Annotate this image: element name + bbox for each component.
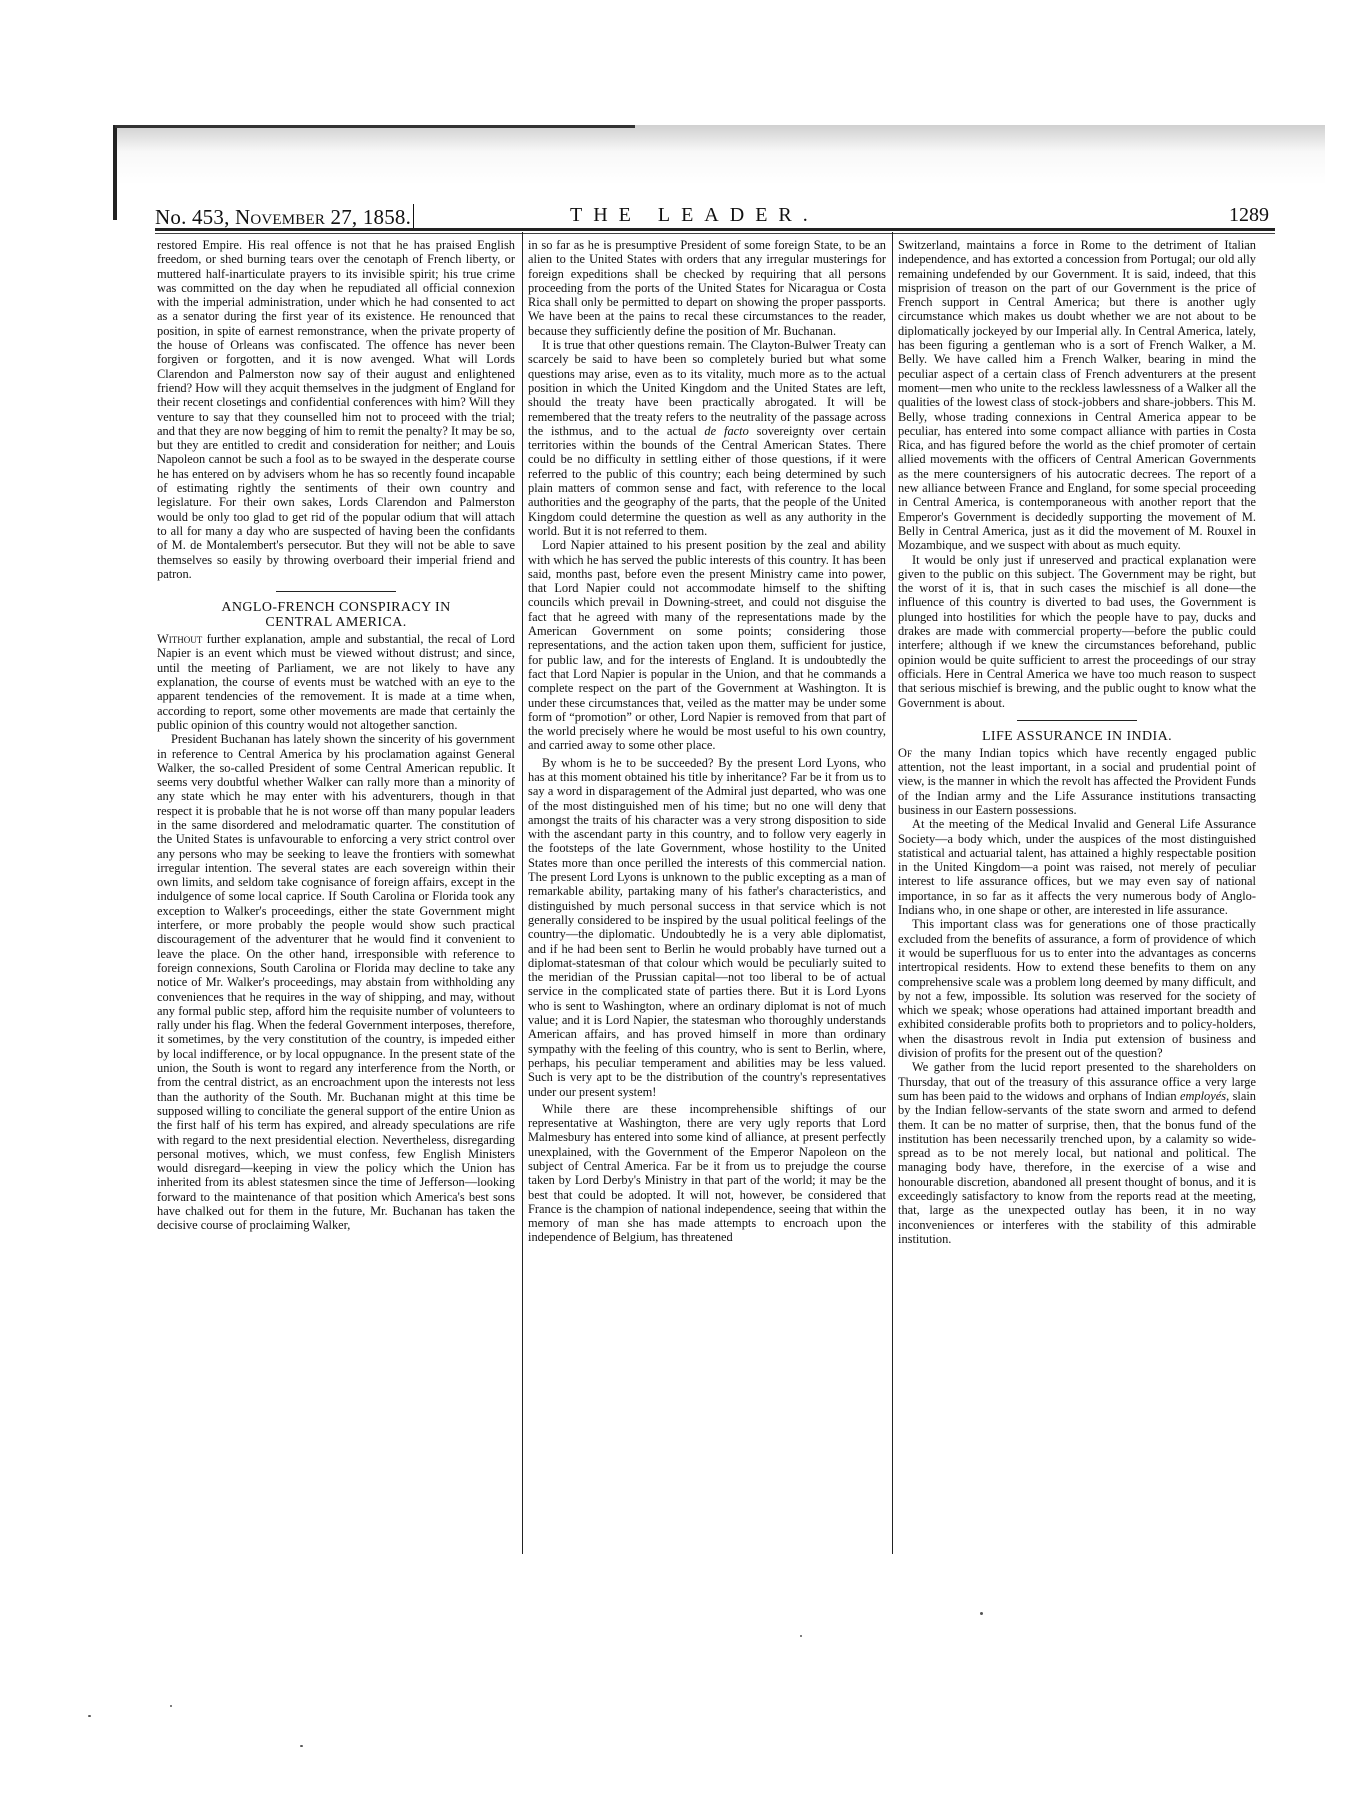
- page-number: 1289: [1229, 204, 1269, 227]
- scan-edge-top: [115, 125, 635, 128]
- article-paragraph: Without further explanation, ample and s…: [157, 632, 515, 732]
- issue-date: 27, 1858.: [325, 205, 411, 229]
- article-paragraph: President Buchanan has lately shown the …: [157, 732, 515, 1232]
- scan-speck: [300, 1745, 303, 1747]
- scan-speck: [980, 1612, 983, 1615]
- article-paragraph: This important class was for generations…: [898, 917, 1256, 1060]
- column-3: Switzerland, maintains a force in Rome t…: [898, 238, 1256, 1246]
- scan-shadow: [115, 125, 1325, 185]
- heading-line: ANGLO-FRENCH CONSPIRACY IN: [157, 600, 515, 615]
- column-2: in so far as he is presumptive President…: [528, 238, 886, 1245]
- article-paragraph: Lord Napier attained to his present posi…: [528, 538, 886, 752]
- column-divider: [522, 232, 523, 1554]
- article-paragraph: Switzerland, maintains a force in Rome t…: [898, 238, 1256, 553]
- article-paragraph: By whom is he to be succeeded? By the pr…: [528, 756, 886, 1099]
- lead-word: Of: [898, 746, 912, 760]
- article-paragraph: It is true that other questions remain. …: [528, 338, 886, 538]
- italic-word: employés: [1180, 1089, 1226, 1103]
- scan-speck: [800, 1635, 802, 1637]
- paragraph-text: sovereignty over certain territories wit…: [528, 424, 886, 538]
- paragraph-text: further explanation, ample and substanti…: [157, 632, 515, 732]
- article-heading: ANGLO-FRENCH CONSPIRACY IN CENTRAL AMERI…: [157, 600, 515, 630]
- newspaper-title: THE LEADER.: [570, 204, 819, 227]
- scan-edge-left: [113, 125, 117, 220]
- article-separator: [276, 591, 396, 592]
- article-heading: LIFE ASSURANCE IN INDIA.: [898, 729, 1256, 744]
- lead-word: Without: [157, 632, 202, 646]
- column-1: restored Empire. His real offence is not…: [157, 238, 515, 1233]
- issue-line: No. 453, November 27, 1858.: [155, 204, 414, 230]
- issue-number: No. 453,: [155, 205, 235, 229]
- article-paragraph: It would be only just if unreserved and …: [898, 553, 1256, 710]
- article-paragraph: At the meeting of the Medical Invalid an…: [898, 817, 1256, 917]
- article-paragraph: Of the many Indian topics which have rec…: [898, 746, 1256, 817]
- paragraph-text: , slain by the Indian fellow-servants of…: [898, 1089, 1256, 1246]
- italic-phrase: de facto: [704, 424, 748, 438]
- masthead-rule: [155, 228, 1275, 231]
- heading-line: CENTRAL AMERICA.: [157, 615, 515, 630]
- scan-speck: [88, 1715, 91, 1717]
- paragraph-text: the many Indian topics which have recent…: [898, 746, 1256, 817]
- issue-month: November: [235, 205, 325, 229]
- article-paragraph: While there are these incomprehensible s…: [528, 1102, 886, 1245]
- article-separator: [1017, 720, 1137, 721]
- article-paragraph: in so far as he is presumptive President…: [528, 238, 886, 338]
- masthead-rule-thin: [155, 233, 1275, 234]
- column-divider: [892, 232, 893, 1554]
- article-paragraph: We gather from the lucid report presente…: [898, 1060, 1256, 1246]
- scan-speck: [170, 1705, 172, 1707]
- article-continuation-paragraph: restored Empire. His real offence is not…: [157, 238, 515, 581]
- bracket-rule: [413, 204, 414, 228]
